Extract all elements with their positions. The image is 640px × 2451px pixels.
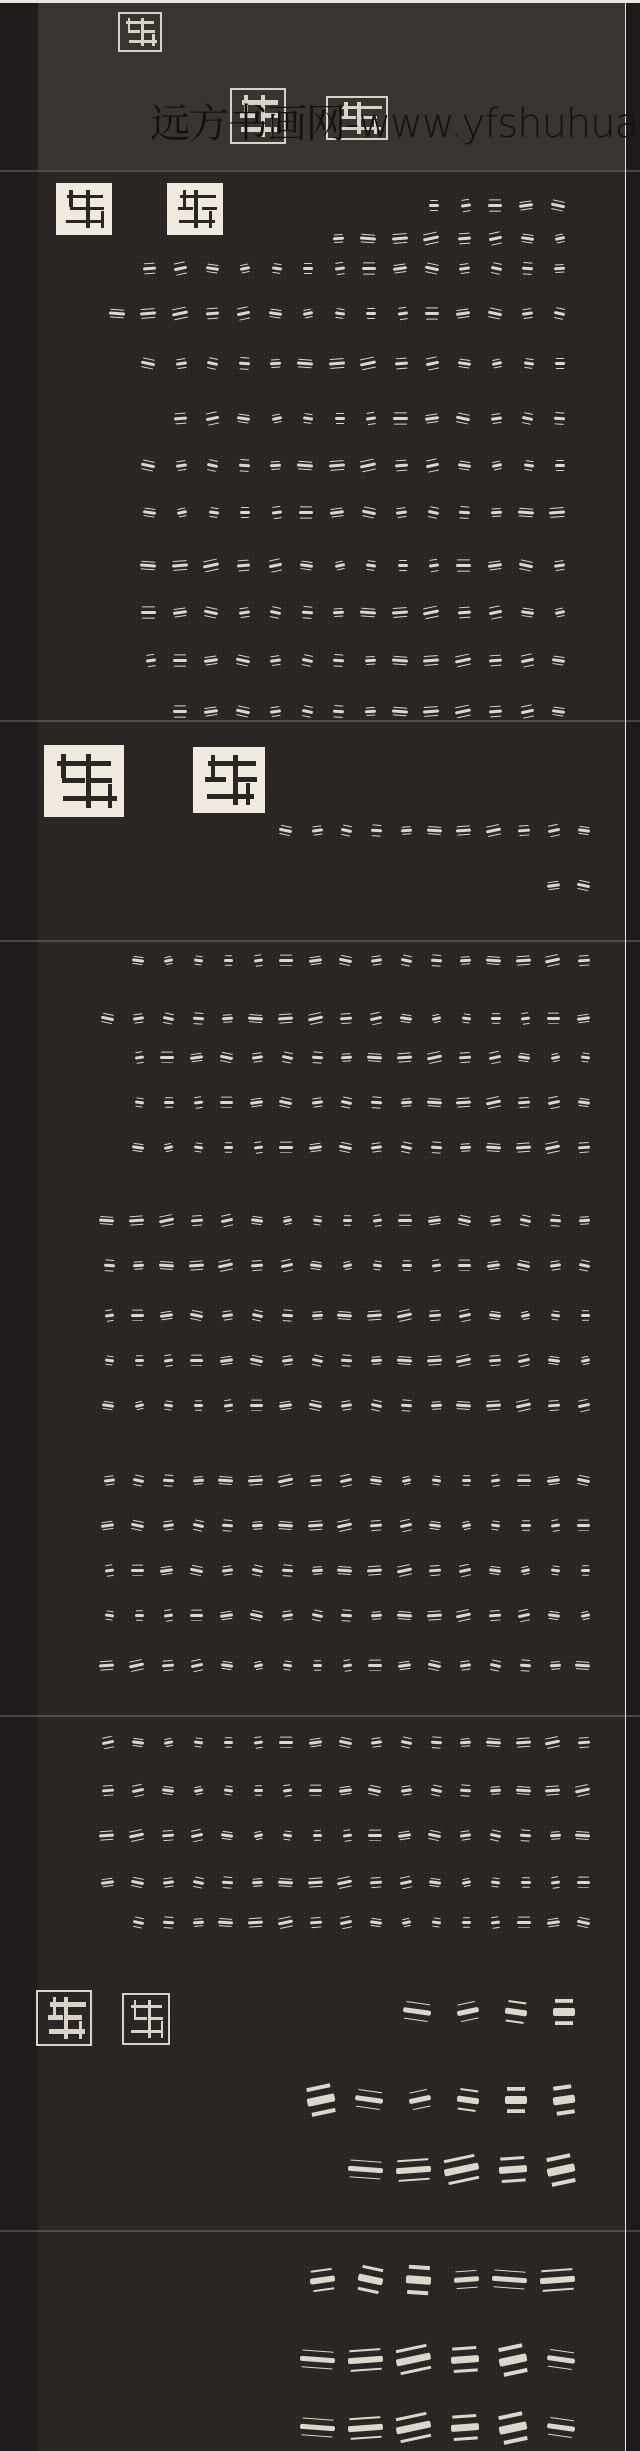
calligraphy-character	[190, 1312, 204, 1318]
calligraphy-character	[489, 235, 502, 241]
calligraphy-character	[555, 236, 565, 241]
calligraphy-character	[492, 2276, 527, 2284]
calligraphy-character	[236, 708, 251, 714]
calligraphy-character	[429, 204, 439, 207]
calligraphy-character	[278, 1523, 293, 1527]
calligraphy-character	[224, 959, 233, 962]
calligraphy-character	[204, 609, 219, 615]
calligraphy-character	[489, 1613, 501, 1617]
calligraphy-character	[302, 610, 314, 614]
calligraphy-character	[518, 1100, 530, 1104]
text-column	[93, 304, 565, 322]
calligraphy-character	[133, 1919, 144, 1924]
calligraphy-character	[396, 2166, 431, 2175]
calligraphy-character	[368, 1787, 382, 1793]
calligraphy-character	[337, 1313, 352, 1317]
calligraphy-character	[370, 1920, 382, 1925]
calligraphy-character	[429, 563, 439, 567]
calligraphy-character	[456, 1612, 471, 1618]
calligraphy-character	[432, 1478, 442, 1482]
calligraphy-character	[368, 1834, 381, 1837]
calligraphy-character	[547, 1920, 561, 1925]
calligraphy-character	[282, 1568, 293, 1572]
calligraphy-character	[398, 311, 408, 315]
calligraphy-character	[130, 1522, 144, 1528]
calligraphy-character	[575, 1833, 590, 1837]
calligraphy-character	[343, 1833, 353, 1837]
calligraphy-character	[164, 1613, 174, 1617]
calligraphy-character	[207, 360, 219, 365]
calligraphy-character	[283, 1663, 293, 1667]
calligraphy-character	[101, 1015, 115, 1021]
calligraphy-character	[545, 1788, 560, 1792]
calligraphy-character	[250, 1404, 263, 1407]
calligraphy-character	[545, 1739, 560, 1745]
calligraphy-character	[430, 1787, 441, 1792]
calligraphy-character	[312, 1313, 323, 1317]
calligraphy-character	[520, 1217, 531, 1222]
calligraphy-character	[341, 1358, 352, 1362]
calligraphy-character	[428, 1218, 442, 1223]
calligraphy-character	[254, 1789, 263, 1792]
text-column	[85, 1827, 590, 1844]
calligraphy-character	[220, 1358, 234, 1363]
calligraphy-character	[303, 267, 313, 270]
calligraphy-character	[335, 311, 345, 315]
calligraphy-character	[222, 1523, 233, 1527]
calligraphy-character	[517, 1262, 531, 1268]
text-column	[114, 1914, 590, 1931]
calligraphy-character	[279, 1741, 292, 1744]
calligraphy-character	[313, 1218, 323, 1222]
calligraphy-character	[578, 1402, 590, 1407]
calligraphy-character	[399, 1879, 411, 1884]
text-column	[85, 1212, 590, 1229]
calligraphy-character	[426, 1054, 441, 1060]
text-column	[335, 2150, 575, 2190]
calligraphy-character	[278, 1016, 293, 1020]
calligraphy-character	[521, 657, 534, 663]
calligraphy-character	[252, 1880, 263, 1884]
calligraphy-character	[521, 1313, 531, 1318]
text-column	[85, 1657, 590, 1674]
calligraphy-character	[134, 1100, 144, 1104]
calligraphy-character	[486, 1099, 501, 1105]
calligraphy-character	[270, 609, 282, 614]
calligraphy-character	[354, 2095, 383, 2104]
calligraphy-character	[164, 958, 174, 963]
calligraphy-character	[206, 311, 219, 315]
calligraphy-character	[462, 1479, 471, 1482]
calligraphy-character	[129, 1662, 144, 1668]
calligraphy-character	[160, 1056, 173, 1059]
calligraphy-character	[237, 416, 250, 421]
calligraphy-character	[459, 266, 471, 271]
right-mount-edge	[625, 0, 640, 2451]
calligraphy-character	[396, 2421, 431, 2435]
calligraphy-character	[343, 1663, 353, 1667]
calligraphy-character	[252, 1567, 263, 1572]
calligraphy-character	[160, 1313, 174, 1318]
calligraphy-character	[330, 510, 344, 515]
calligraphy-character	[360, 462, 376, 468]
calligraphy-character	[432, 1016, 442, 1021]
calligraphy-character	[146, 658, 156, 662]
calligraphy-character	[522, 266, 534, 270]
calligraphy-character	[489, 658, 502, 662]
seal-stamp	[122, 1993, 170, 2045]
text-column	[85, 1782, 590, 1799]
seal-stamp	[118, 12, 162, 52]
calligraphy-character	[456, 1357, 471, 1363]
calligraphy-character	[548, 1358, 560, 1363]
calligraphy-character	[102, 1788, 114, 1792]
calligraphy-character	[393, 417, 407, 420]
calligraphy-character	[191, 1662, 203, 1667]
calligraphy-character	[490, 1662, 501, 1667]
calligraphy-character	[368, 1664, 381, 1667]
calligraphy-character	[270, 709, 282, 714]
calligraphy-character	[164, 1740, 174, 1745]
calligraphy-character	[221, 1833, 233, 1838]
calligraphy-character	[135, 1614, 144, 1617]
calligraphy-character	[491, 1880, 501, 1884]
calligraphy-character	[339, 1144, 353, 1150]
paper-seam	[0, 720, 640, 722]
calligraphy-character	[311, 1357, 322, 1362]
calligraphy-character	[402, 2007, 431, 2016]
calligraphy-character	[458, 1264, 471, 1267]
text-column	[313, 229, 565, 247]
calligraphy-character	[252, 1523, 263, 1527]
calligraphy-character	[371, 828, 382, 832]
calligraphy-character	[132, 1740, 144, 1745]
calligraphy-character	[395, 463, 408, 467]
calligraphy-character	[579, 1218, 590, 1222]
calligraphy-character	[303, 311, 313, 316]
calligraphy-character	[307, 1015, 322, 1021]
paper-seam	[0, 940, 640, 942]
calligraphy-character	[132, 1787, 144, 1792]
calligraphy-character	[222, 1016, 233, 1020]
calligraphy-character	[450, 2356, 479, 2365]
calligraphy-character	[459, 1055, 471, 1059]
calligraphy-character	[310, 1920, 322, 1924]
calligraphy-character	[251, 1263, 263, 1267]
calligraphy-character	[516, 1145, 531, 1149]
calligraphy-character	[164, 1101, 173, 1104]
paper-seam	[0, 170, 640, 172]
calligraphy-character	[270, 463, 282, 467]
calligraphy-character	[398, 1219, 411, 1222]
calligraphy-character	[282, 1054, 293, 1059]
text-column	[287, 2340, 575, 2380]
calligraphy-character	[207, 462, 219, 467]
calligraphy-character	[103, 1263, 114, 1267]
calligraphy-character	[341, 1099, 352, 1104]
text-column	[124, 259, 565, 277]
calligraphy-character	[392, 236, 408, 240]
calligraphy-character	[310, 1478, 322, 1482]
calligraphy-character	[521, 1881, 530, 1884]
calligraphy-character	[132, 1145, 144, 1150]
text-column	[156, 702, 565, 720]
calligraphy-character	[401, 1100, 412, 1104]
calligraphy-character	[518, 1612, 530, 1617]
calligraphy-character	[523, 361, 533, 365]
calligraphy-character	[312, 1100, 323, 1104]
calligraphy-character	[398, 564, 408, 567]
calligraphy-character	[222, 1313, 233, 1317]
text-column	[383, 1992, 575, 2032]
calligraphy-character	[518, 828, 530, 832]
calligraphy-character	[459, 1312, 471, 1317]
calligraphy-character	[164, 1403, 174, 1407]
calligraphy-character	[460, 958, 471, 962]
calligraphy-character	[222, 1880, 233, 1884]
text-column	[287, 2260, 575, 2300]
calligraphy-character	[329, 361, 345, 365]
calligraphy-character	[279, 1146, 292, 1149]
calligraphy-character	[521, 708, 534, 714]
calligraphy-character	[163, 1015, 174, 1020]
paper-seam	[0, 1715, 640, 1717]
calligraphy-character	[460, 1740, 471, 1744]
calligraphy-character	[549, 1263, 560, 1267]
calligraphy-character	[105, 1613, 115, 1617]
text-column	[85, 1517, 590, 1534]
calligraphy-character	[546, 2355, 575, 2364]
calligraphy-character	[194, 1100, 204, 1104]
calligraphy-character	[489, 1568, 501, 1573]
calligraphy-character	[270, 658, 282, 663]
calligraphy-character	[337, 1568, 352, 1572]
site-watermark: 远方书画网-www.yfshuhua.cor	[150, 92, 640, 149]
calligraphy-character	[269, 562, 282, 568]
calligraphy-character	[553, 2095, 576, 2106]
calligraphy-character	[348, 2424, 383, 2433]
calligraphy-character	[492, 463, 502, 468]
calligraphy-character	[578, 1100, 590, 1105]
calligraphy-character	[396, 2353, 431, 2367]
calligraphy-character	[579, 1262, 590, 1267]
calligraphy-character	[302, 657, 314, 662]
calligraphy-character	[237, 563, 250, 567]
calligraphy-character	[253, 1663, 263, 1668]
calligraphy-character	[309, 1740, 323, 1745]
calligraphy-character	[300, 563, 313, 568]
calligraphy-character	[398, 1663, 412, 1668]
calligraphy-character	[522, 415, 534, 420]
text-column	[124, 556, 565, 574]
calligraphy-character	[489, 1054, 501, 1059]
calligraphy-character	[399, 1016, 411, 1021]
calligraphy-character	[309, 958, 323, 963]
calligraphy-character	[455, 657, 471, 663]
text-column	[287, 2408, 575, 2448]
calligraphy-character	[454, 2276, 479, 2283]
calligraphy-character	[132, 958, 144, 963]
calligraphy-character	[549, 510, 565, 514]
calligraphy-character	[490, 1218, 501, 1222]
calligraphy-character	[548, 827, 560, 832]
calligraphy-character	[457, 2007, 480, 2017]
calligraphy-character	[460, 1833, 471, 1837]
text-column	[287, 2080, 575, 2120]
text-column	[85, 1874, 590, 1891]
calligraphy-character	[431, 1403, 442, 1407]
calligraphy-character	[431, 1145, 442, 1149]
calligraphy-character	[456, 311, 470, 316]
calligraphy-character	[193, 1522, 204, 1527]
calligraphy-character	[462, 1880, 472, 1885]
calligraphy-character	[491, 1478, 501, 1482]
calligraphy-character	[224, 1146, 233, 1149]
calligraphy-character	[278, 1880, 293, 1884]
calligraphy-character	[252, 1312, 263, 1317]
calligraphy-character	[521, 1568, 531, 1573]
calligraphy-character	[580, 1613, 590, 1618]
calligraphy-character	[444, 2163, 479, 2177]
calligraphy-character	[489, 709, 502, 713]
calligraphy-character	[194, 1145, 204, 1149]
calligraphy-character	[173, 710, 187, 713]
calligraphy-character	[282, 1613, 293, 1617]
calligraphy-character	[162, 1663, 174, 1667]
calligraphy-character	[397, 1567, 412, 1573]
calligraphy-character	[360, 610, 376, 614]
calligraphy-character	[339, 957, 353, 963]
calligraphy-character	[297, 361, 313, 365]
calligraphy-character	[460, 1663, 471, 1667]
calligraphy-character	[341, 1403, 352, 1407]
calligraphy-character	[251, 1218, 263, 1223]
calligraphy-character	[367, 1313, 382, 1317]
calligraphy-character	[337, 1522, 352, 1528]
calligraphy-character	[134, 1055, 144, 1059]
calligraphy-character	[367, 1568, 382, 1572]
calligraphy-character	[190, 1055, 204, 1060]
calligraphy-character	[555, 610, 565, 615]
calligraphy-character	[540, 2276, 575, 2285]
calligraphy-character	[140, 563, 156, 567]
calligraphy-character	[133, 1016, 144, 1020]
calligraphy-character	[423, 658, 439, 662]
calligraphy-character	[462, 1523, 472, 1528]
calligraphy-character	[462, 1016, 472, 1020]
calligraphy-character	[340, 1919, 352, 1924]
calligraphy-character	[203, 562, 219, 568]
calligraphy-character	[456, 415, 471, 421]
calligraphy-character	[300, 2424, 335, 2432]
text-column	[408, 196, 565, 214]
calligraphy-character	[135, 1359, 144, 1362]
calligraphy-character	[553, 2008, 575, 2015]
calligraphy-character	[399, 1522, 411, 1527]
calligraphy-character	[521, 610, 534, 615]
calligraphy-character	[554, 416, 566, 420]
calligraphy-character	[252, 1055, 263, 1059]
calligraphy-character	[370, 1478, 382, 1483]
calligraphy-character	[101, 1880, 115, 1885]
calligraphy-character	[333, 658, 345, 662]
calligraphy-character	[491, 1523, 501, 1527]
calligraphy-character	[249, 1357, 263, 1363]
calligraphy-character	[397, 1055, 412, 1059]
calligraphy-character	[249, 1612, 263, 1618]
calligraphy-character	[401, 1739, 412, 1744]
calligraphy-character	[279, 959, 292, 962]
calligraphy-character	[143, 510, 156, 515]
seal-stamp	[167, 183, 223, 235]
calligraphy-character	[575, 1663, 590, 1667]
calligraphy-character	[392, 610, 408, 614]
calligraphy-character	[163, 1920, 174, 1924]
calligraphy-character	[423, 609, 439, 615]
calligraphy-character	[371, 1402, 382, 1407]
calligraphy-character	[551, 1523, 561, 1527]
calligraphy-character	[486, 958, 501, 962]
calligraphy-character	[402, 1920, 412, 1925]
calligraphy-character	[239, 463, 251, 467]
calligraphy-character	[310, 1263, 322, 1268]
calligraphy-character	[134, 1403, 144, 1408]
calligraphy-character	[460, 1145, 471, 1149]
calligraphy-character	[194, 958, 204, 962]
calligraphy-character	[240, 511, 250, 514]
calligraphy-character	[237, 310, 250, 316]
calligraphy-character	[313, 1834, 322, 1837]
paper-seam	[0, 2230, 640, 2232]
calligraphy-character	[343, 1263, 353, 1268]
calligraphy-character	[221, 1663, 233, 1668]
calligraphy-character	[278, 1919, 293, 1925]
calligraphy-character	[253, 1145, 263, 1149]
calligraphy-character	[297, 463, 313, 467]
calligraphy-character	[371, 958, 382, 962]
calligraphy-character	[458, 236, 471, 240]
calligraphy-character	[193, 1478, 204, 1482]
calligraphy-character	[580, 1055, 590, 1059]
calligraphy-character	[269, 311, 282, 316]
calligraphy-character	[253, 1740, 263, 1744]
calligraphy-character	[428, 1662, 442, 1668]
text-column	[85, 1352, 590, 1369]
calligraphy-character	[372, 1263, 382, 1267]
calligraphy-character	[159, 1263, 174, 1267]
calligraphy-character	[426, 1100, 441, 1104]
calligraphy-character	[141, 611, 155, 614]
calligraphy-character	[335, 417, 345, 420]
calligraphy-character	[489, 1313, 501, 1318]
calligraphy-character	[102, 1739, 114, 1744]
text-column	[124, 651, 565, 669]
calligraphy-character	[362, 509, 377, 515]
calligraphy-character	[578, 828, 590, 833]
calligraphy-character	[516, 1740, 531, 1744]
calligraphy-character	[189, 1263, 204, 1267]
calligraphy-character	[99, 1663, 114, 1667]
calligraphy-character	[194, 1404, 203, 1407]
calligraphy-character	[371, 1358, 382, 1362]
calligraphy-character	[160, 1568, 174, 1573]
calligraphy-character	[204, 709, 218, 714]
top-border	[0, 0, 640, 3]
calligraphy-character	[129, 1832, 144, 1838]
calligraphy-character	[224, 1741, 233, 1744]
calligraphy-character	[108, 311, 124, 315]
calligraphy-character	[397, 1613, 412, 1617]
